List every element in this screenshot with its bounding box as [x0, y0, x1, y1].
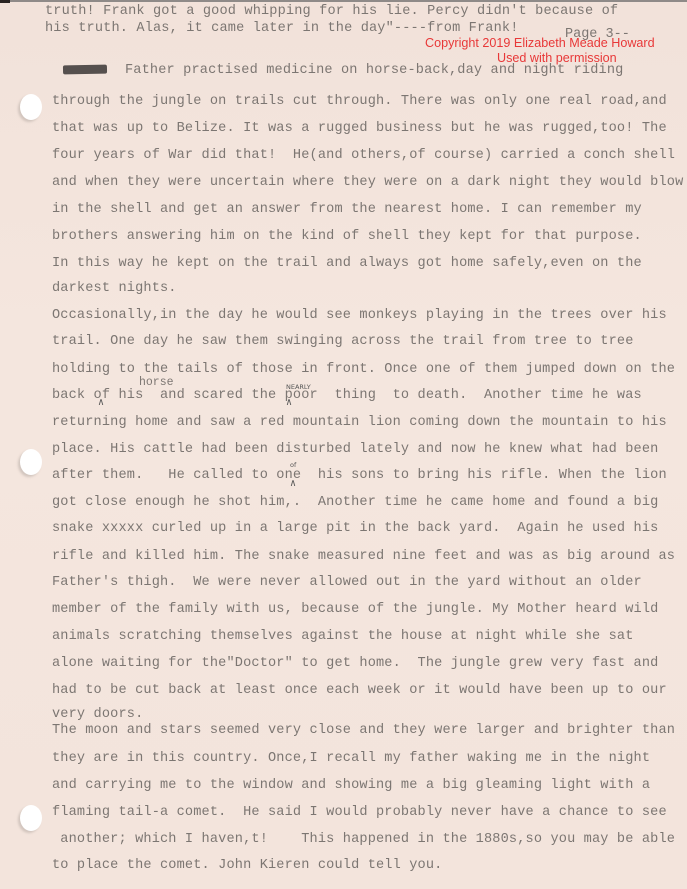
text-line-6: four years of War did that! He(and other…: [52, 148, 675, 163]
text-line-7: and when they were uncertain where they …: [52, 175, 683, 190]
text-line-31: flaming tail-a comet. He said I would pr…: [52, 805, 667, 820]
text-line-30: and carrying me to the window and showin…: [52, 778, 650, 793]
text-line-19: got close enough he shot him,. Another t…: [52, 495, 658, 510]
copyright-notice-line1: Copyright 2019 Elizabeth Meade Howard: [425, 36, 655, 50]
text-line-17: place. His cattle had been disturbed lat…: [52, 442, 658, 457]
text-line-27: very doors.: [52, 707, 143, 722]
text-line-28: The moon and stars seemed very close and…: [52, 723, 675, 738]
text-line-18: after them. He called to one his sons to…: [52, 468, 667, 483]
text-line-24: animals scratching themselves against th…: [52, 629, 634, 644]
text-line-3: Father practised medicine on horse-back,…: [125, 63, 623, 78]
text-line-12: Occasionally,in the day he would see mon…: [52, 308, 667, 323]
text-line-4: through the jungle on trails cut through…: [52, 94, 667, 109]
text-line-32: another; which I haven,t! This happened …: [52, 832, 675, 847]
corner-mark: [0, 0, 10, 3]
text-line-25: alone waiting for the"Doctor" to get hom…: [52, 656, 658, 671]
text-line-10: In this way he kept on the trail and alw…: [52, 256, 642, 271]
text-line-29: they are in this country. Once,I recall …: [52, 751, 650, 766]
text-line-9: brothers answering him on the kind of sh…: [52, 229, 642, 244]
text-line-22: Father's thigh. We were never allowed ou…: [52, 575, 642, 590]
text-line-21: rifle and killed him. The snake measured…: [52, 549, 675, 564]
text-line-15: back of his and scared the poor thing to…: [52, 388, 642, 403]
text-line-8: in the shell and get an answer from the …: [52, 202, 642, 217]
punch-hole-middle: [20, 449, 42, 475]
punch-hole-bottom: [20, 805, 42, 831]
text-line-33: to place the comet. John Kieren could te…: [52, 858, 442, 873]
insertion-caret-icon: ∧: [290, 478, 296, 490]
page-top-edge: [0, 0, 687, 2]
text-line-5: that was up to Belize. It was a rugged b…: [52, 121, 667, 136]
text-line-14: holding to the tails of those in front. …: [52, 362, 675, 377]
text-line-13: trail. One day he saw them swinging acro…: [52, 334, 634, 349]
insertion-caret-icon: ∧: [98, 397, 104, 409]
text-line-23: member of the family with us, because of…: [52, 602, 658, 617]
text-line-20: snake xxxxx curled up in a large pit in …: [52, 521, 658, 536]
text-line-26: had to be cut back at least once each we…: [52, 683, 667, 698]
typed-letter-page: truth! Frank got a good whipping for his…: [0, 0, 687, 889]
insertion-caret-icon: ∧: [286, 397, 292, 409]
redacted-word: [63, 65, 107, 75]
text-line-11: darkest nights.: [52, 281, 177, 296]
text-line-16: returning home and saw a red mountain li…: [52, 415, 667, 430]
text-line-1: truth! Frank got a good whipping for his…: [45, 4, 618, 19]
text-line-2: his truth. Alas, it came later in the da…: [45, 21, 519, 36]
punch-hole-top: [20, 94, 42, 120]
